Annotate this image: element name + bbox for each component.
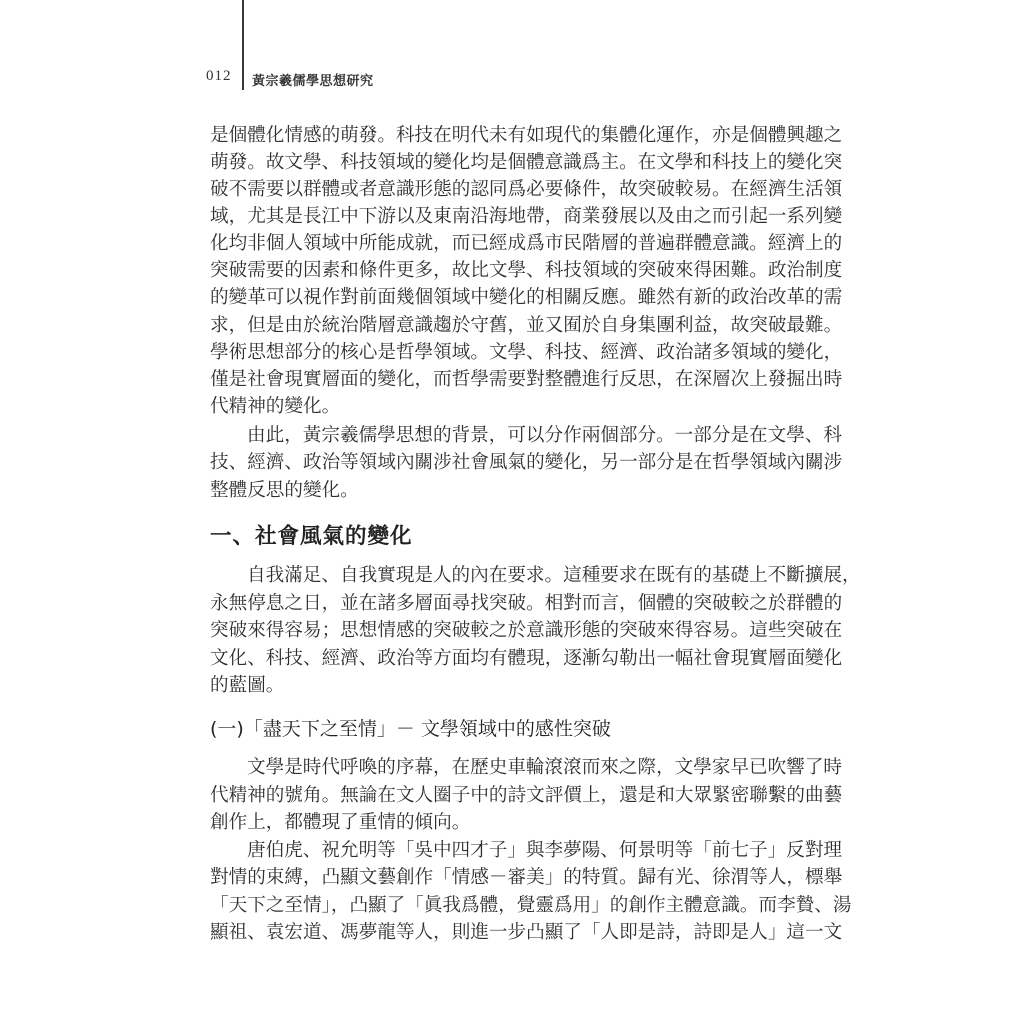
text-line: 唐伯虎、祝允明等「吳中四才子」與李夢陽、何景明等「前七子」反對理 xyxy=(210,837,774,864)
running-title: 黃宗羲儒學思想研究 xyxy=(252,70,374,89)
text-line: 突破需要的因素和條件更多，故比文學、科技領域的突破來得困難。政治制度 xyxy=(210,257,774,284)
header-divider-line xyxy=(242,0,244,90)
text-line: 突破來得容易；思想情感的突破較之於意識形態的突破來得容易。這些突破在 xyxy=(210,617,774,644)
text-line: 僅是社會現實層面的變化，而哲學需要對整體進行反思，在深層次上發掘出時 xyxy=(210,366,774,393)
text-line: 顯祖、袁宏道、馮夢龍等人，則進一步凸顯了「人即是詩，詩即是人」這一文 xyxy=(210,919,774,946)
text-line: 代精神的號角。無論在文人圈子中的詩文評價上，還是和大眾緊密聯繫的曲藝 xyxy=(210,782,774,809)
subsection-heading: (一)「盡天下之至情」－ 文學領域中的感性突破 xyxy=(210,715,611,743)
text-line: 的藍圖。 xyxy=(210,672,774,699)
text-line: 創作上，都體現了重情的傾向。 xyxy=(210,809,774,836)
text-line: 自我滿足、自我實現是人的內在要求。這種要求在既有的基礎上不斷擴展， xyxy=(210,562,774,589)
text-line: 域，尤其是長江中下游以及東南沿海地帶，商業發展以及由之而引起一系列變 xyxy=(210,203,774,230)
text-line: 破不需要以群體或者意識形態的認同爲必要條件，故突破較易。在經濟生活領 xyxy=(210,176,774,203)
text-line: 化均非個人領域中所能成就，而已經成爲市民階層的普遍群體意識。經濟上的 xyxy=(210,230,774,257)
text-line: 文學是時代呼喚的序幕，在歷史車輪滾滾而來之際，文學家早已吹響了時 xyxy=(210,754,774,781)
text-line: 萌發。故文學、科技領域的變化均是個體意識爲主。在文學和科技上的變化突 xyxy=(210,149,774,176)
text-line: 永無停息之日，並在諸多層面尋找突破。相對而言，個體的突破較之於群體的 xyxy=(210,590,774,617)
text-line: 文化、科技、經濟、政治等方面均有體現，逐漸勾勒出一幅社會現實層面變化 xyxy=(210,645,774,672)
text-line: 學術思想部分的核心是哲學領域。文學、科技、經濟、政治諸多領域的變化， xyxy=(210,339,774,366)
text-line: 代精神的變化。 xyxy=(210,393,774,420)
text-line: 技、經濟、政治等領域內關涉社會風氣的變化，另一部分是在哲學領域內關涉 xyxy=(210,449,774,476)
text-line: 是個體化情感的萌發。科技在明代未有如現代的集體化運作，亦是個體興趣之 xyxy=(210,122,774,149)
text-line: 的變革可以視作對前面幾個領域中變化的相關反應。雖然有新的政治改革的需 xyxy=(210,284,774,311)
text-line: 整體反思的變化。 xyxy=(210,477,774,504)
page-number: 012 xyxy=(206,68,232,85)
text-line: 由此，黃宗羲儒學思想的背景，可以分作兩個部分。一部分是在文學、科 xyxy=(210,422,774,449)
text-line: 「天下之至情」，凸顯了「眞我爲體，覺靈爲用」的創作主體意識。而李贄、湯 xyxy=(210,892,774,919)
text-line: 求，但是由於統治階層意識趨於守舊，並又囿於自身集團利益，故突破最難。 xyxy=(210,312,774,339)
section-heading: 一、社會風氣的變化 xyxy=(210,522,413,552)
text-line: 對情的束縛，凸顯文藝創作「情感－審美」的特質。歸有光、徐渭等人，標舉 xyxy=(210,864,774,891)
